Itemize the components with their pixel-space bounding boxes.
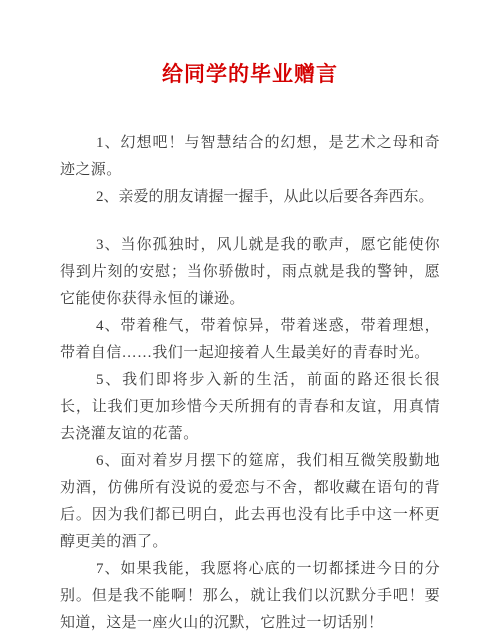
paragraph-7: 7、如果我能，我愿将心底的一切都揉进今日的分别。但是我不能啊！那么，就让我们以沉… <box>60 556 440 637</box>
page-title: 给同学的毕业赠言 <box>60 58 440 90</box>
paragraph-5: 5、我们即将步入新的生活，前面的路还很长很长，让我们更加珍惜今天所拥有的青春和友… <box>60 367 440 448</box>
paragraph-4: 4、带着稚气，带着惊异，带着迷惑，带着理想，带着自信……我们一起迎接着人生最美好… <box>60 313 440 367</box>
paragraph-3: 3、当你孤独时，风儿就是我的歌声，愿它能使你得到片刻的安慰；当你骄傲时，雨点就是… <box>60 232 440 313</box>
paragraph-2: 2、亲爱的朋友请握一握手，从此以后要各奔西东。 <box>60 184 440 211</box>
document-body: 1、幻想吧！与智慧结合的幻想，是艺术之母和奇迹之源。 2、亲爱的朋友请握一握手，… <box>60 130 440 637</box>
paragraph-1: 1、幻想吧！与智慧结合的幻想，是艺术之母和奇迹之源。 <box>60 130 440 184</box>
document-page: 给同学的毕业赠言 1、幻想吧！与智慧结合的幻想，是艺术之母和奇迹之源。 2、亲爱… <box>0 0 500 637</box>
paragraph-6: 6、面对着岁月摆下的筵席，我们相互微笑殷勤地劝酒，仿佛所有没说的爱恋与不舍，都收… <box>60 448 440 556</box>
